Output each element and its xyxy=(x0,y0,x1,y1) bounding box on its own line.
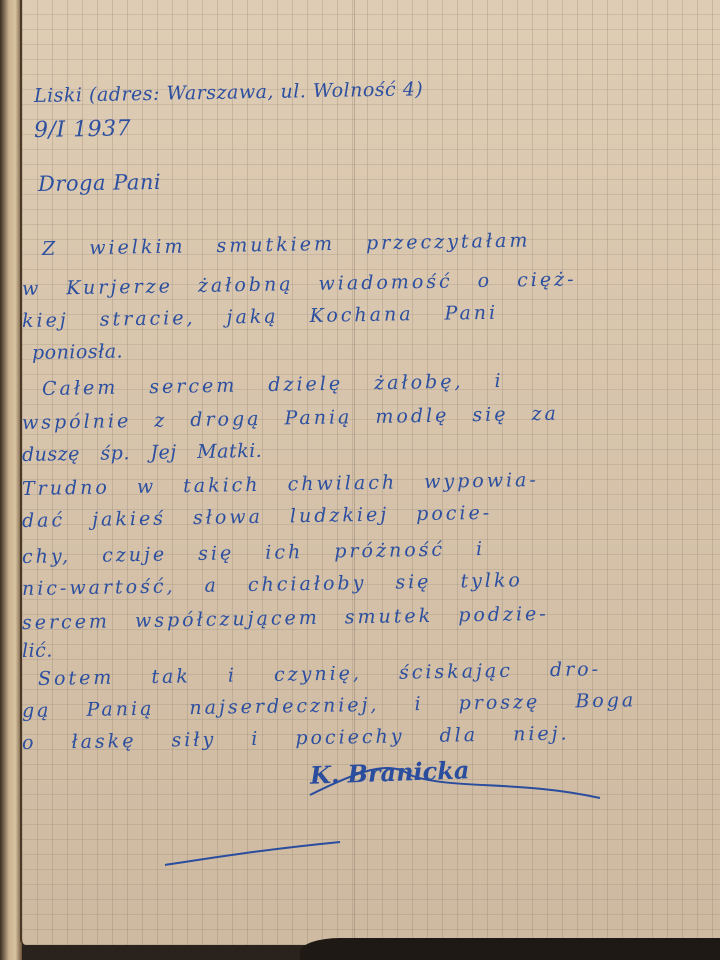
body-line: lić. xyxy=(22,639,53,662)
letter-date: 9/I 1937 xyxy=(34,116,132,143)
notebook-binding xyxy=(0,0,22,960)
page-edge-shadow xyxy=(300,938,720,960)
stray-pen-stroke xyxy=(150,840,350,870)
body-line: poniosła. xyxy=(32,340,124,364)
salutation: Droga Pani xyxy=(38,170,162,196)
body-line: duszę śp. Jej Matki. xyxy=(22,440,263,466)
signature: K. Branicka xyxy=(310,755,470,790)
